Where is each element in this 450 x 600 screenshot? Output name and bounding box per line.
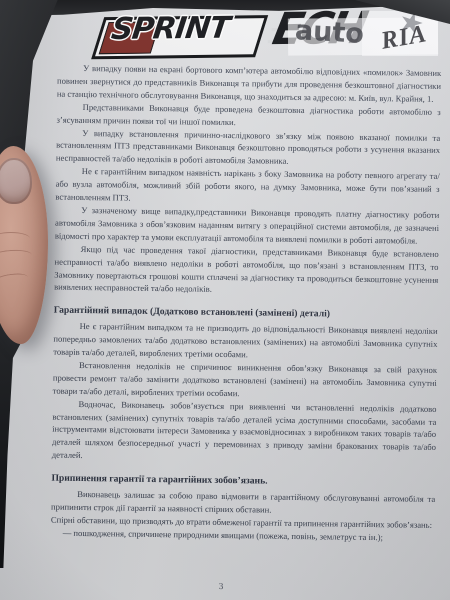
watermark-auto-text: auto [294,15,364,50]
paragraph-paid-diagnostics: У зазначеному вище випадку,представники … [55,204,440,248]
thumb-crease [0,272,29,288]
thumb-crease [0,232,30,245]
paragraph-causal-link: У випадку встановлення причинно-наслідко… [56,126,441,170]
paragraph-third-party-parts: Не є гарантійним випадком та не призводи… [53,320,438,364]
paragraph-no-repair-obligation: Встановлення недоліків не спричинює вини… [53,359,438,403]
photo-scene: ECH SPRINT У випадку появи на екрані бор… [0,0,450,600]
document-body: У випадку появи на екрані бортового комп… [51,62,442,545]
document-page: ECH SPRINT У випадку появи на екрані бор… [0,0,450,600]
paragraph-refund: Якщо під час проведення такої діагностик… [54,242,439,299]
thumb-crease [0,249,32,265]
paragraph-defend-interests: Водночас, Виконавець зобов’язується при … [52,397,437,467]
page-number: 3 [0,578,446,594]
page-content: ECH SPRINT У випадку появи на екрані бор… [0,0,450,600]
paragraph-not-warranty-case: Не є гарантійним випадком наявність нарі… [55,165,440,209]
thumb-nail [0,158,32,204]
